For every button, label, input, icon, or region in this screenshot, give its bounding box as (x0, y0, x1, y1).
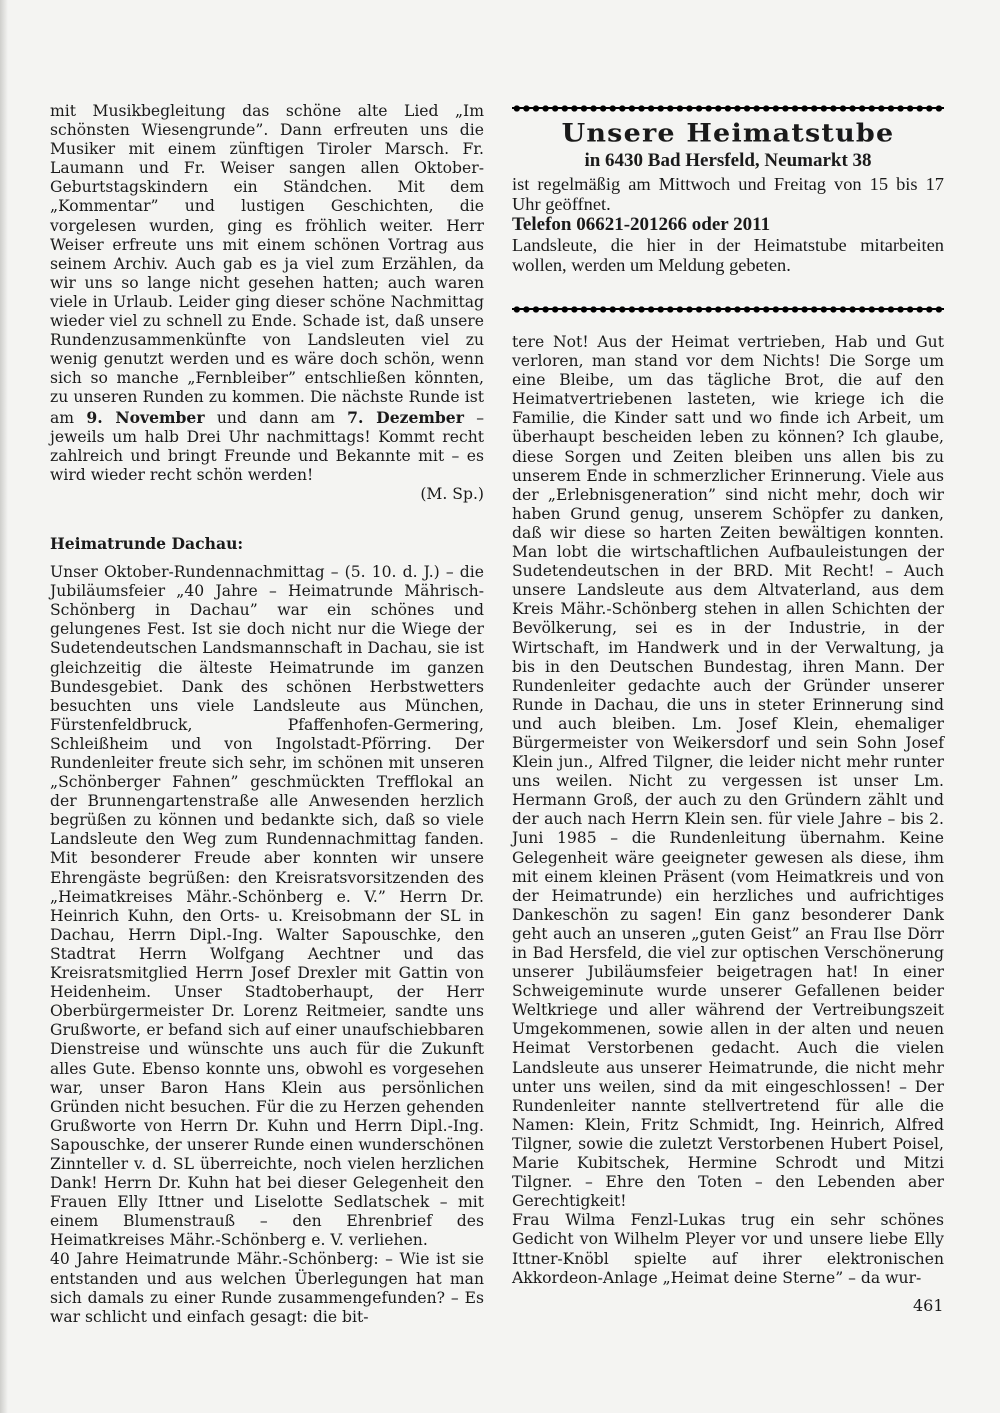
closing-paragraph: Frau Wilma Fenzl-Lukas trug ein sehr sch… (512, 1211, 944, 1287)
date-november: 9. November (86, 408, 204, 427)
notice-address: in 6430 Bad Hersfeld, Neumarkt 38 (512, 150, 944, 172)
left-column: mit Musikbegleitung das schöne alte Lied… (50, 102, 484, 1327)
right-column: Unsere Heimatstube in 6430 Bad Hersfeld,… (512, 102, 944, 1288)
intro-paragraph: mit Musikbegleitung das schöne alte Lied… (50, 102, 484, 485)
history-paragraph: 40 Jahre Heimatrunde Mähr.-Schönberg: – … (50, 1250, 484, 1326)
intro-text: mit Musikbegleitung das schöne alte Lied… (50, 102, 484, 427)
dachau-paragraph: Unser Oktober-Rundennachmittag – (5. 10.… (50, 563, 484, 1250)
notice-call-to-action: Landsleute, die hier in der Heimatstube … (512, 235, 944, 275)
continuation-paragraph: tere Not! Aus der Heimat vertrieben, Hab… (512, 333, 944, 1211)
diamond-border-bottom (512, 303, 944, 315)
notice-phone: Telefon 06621-201266 oder 2011 (512, 214, 944, 235)
intro-mid-text: und dann am (205, 409, 348, 427)
section-heading-dachau: Heimatrunde Dachau: (50, 534, 484, 553)
author-signature: (M. Sp.) (50, 485, 484, 504)
notice-box-heimatstube: Unsere Heimatstube in 6430 Bad Hersfeld,… (512, 102, 944, 315)
page-number: 461 (913, 1296, 944, 1315)
notice-title: Unsere Heimatstube (512, 119, 944, 149)
diamond-border-top (512, 102, 944, 114)
notice-hours: ist regelmäßig am Mittwoch und Freitag v… (512, 174, 944, 214)
scan-page-edge (0, 0, 8, 1413)
date-december: 7. Dezember (347, 408, 464, 427)
